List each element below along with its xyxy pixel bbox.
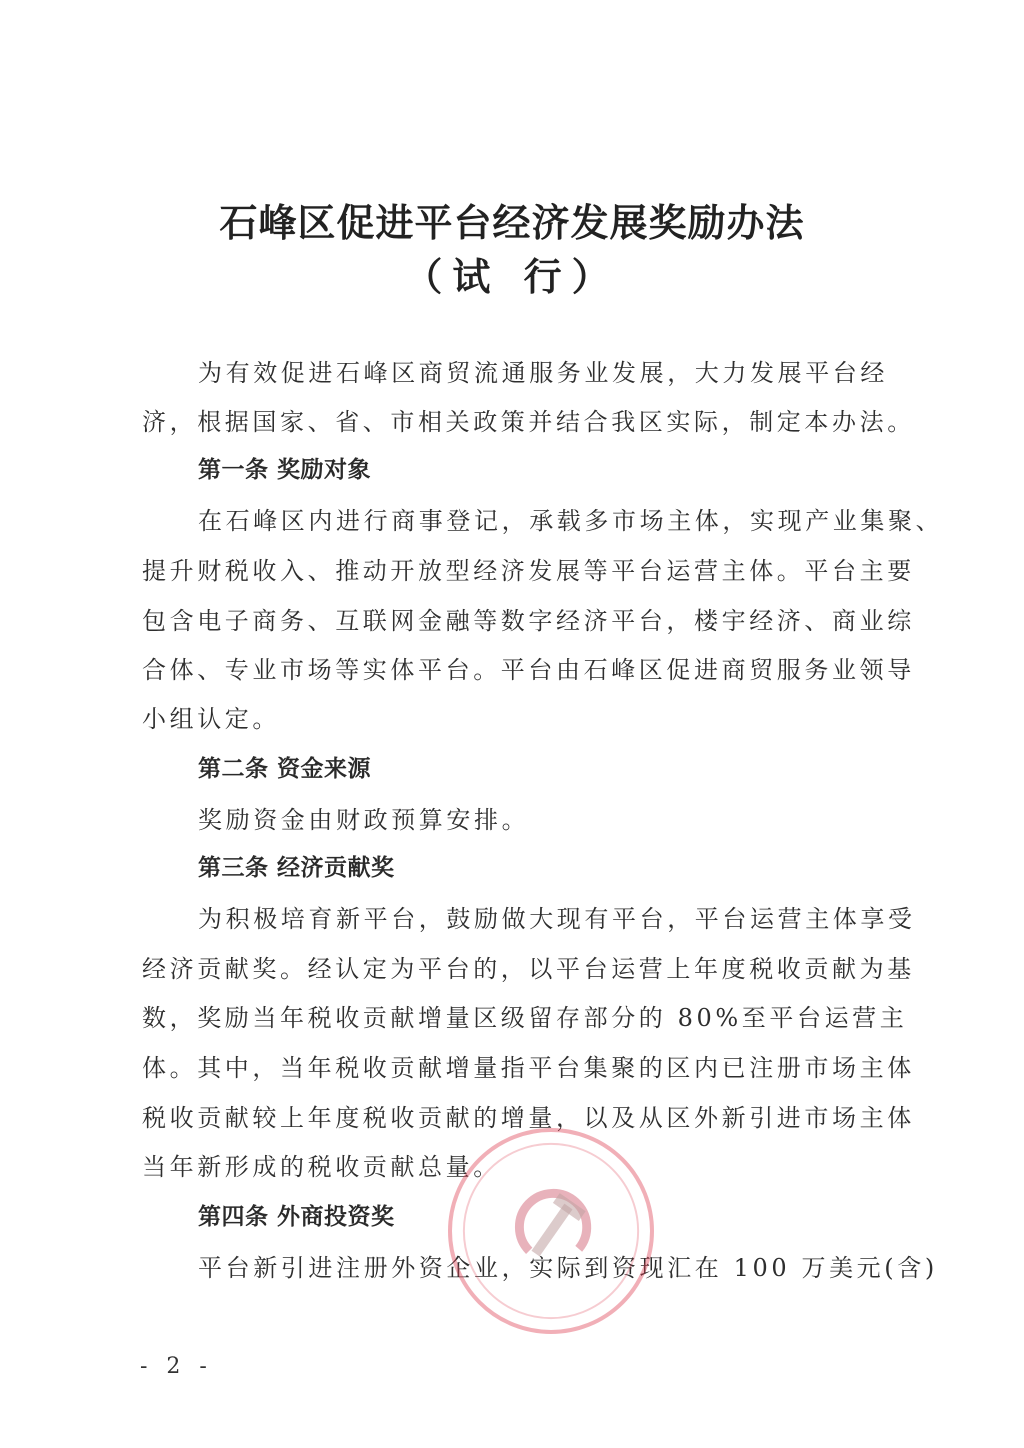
article-2-heading: 第二条 资金来源 bbox=[198, 754, 371, 784]
page-number: - 2 - bbox=[140, 1354, 213, 1379]
article-1-heading: 第一条 奖励对象 bbox=[198, 455, 371, 485]
article-1-line: 小组认定。 bbox=[142, 704, 902, 734]
article-3-line: 当年新形成的税收贡献总量。 bbox=[142, 1152, 902, 1182]
article-3-heading: 第三条 经济贡献奖 bbox=[198, 853, 395, 883]
article-3-line: 体。其中，当年税收贡献增量指平台集聚的区内已注册市场主体 bbox=[142, 1053, 902, 1083]
article-1-line: 在石峰区内进行商事登记，承载多市场主体，实现产业集聚、 bbox=[198, 506, 902, 536]
document-subtitle: （试 行） bbox=[0, 246, 1024, 301]
article-3-line: 数，奖励当年税收贡献增量区级留存部分的 80%至平台运营主 bbox=[142, 1003, 902, 1033]
article-3-line: 经济贡献奖。经认定为平台的，以平台运营上年度税收贡献为基 bbox=[142, 954, 902, 984]
article-4-heading: 第四条 外商投资奖 bbox=[198, 1202, 395, 1232]
document-title: 石峰区促进平台经济发展奖励办法 bbox=[0, 192, 1024, 247]
article-3-line: 税收贡献较上年度税收贡献的增量，以及从区外新引进市场主体 bbox=[142, 1103, 902, 1133]
article-1-line: 包含电子商务、互联网金融等数字经济平台，楼宇经济、商业综 bbox=[142, 606, 902, 636]
intro-line: 济，根据国家、省、市相关政策并结合我区实际，制定本办法。 bbox=[142, 407, 902, 437]
article-1-line: 合体、专业市场等实体平台。平台由石峰区促进商贸服务业领导 bbox=[142, 655, 902, 685]
article-4-line: 平台新引进注册外资企业，实际到资现汇在 100 万美元(含) bbox=[198, 1253, 902, 1283]
article-3-line: 为积极培育新平台，鼓励做大现有平台，平台运营主体享受 bbox=[198, 904, 902, 934]
document-page: 石峰区促进平台经济发展奖励办法 （试 行） 为有效促进石峰区商贸流通服务业发展，… bbox=[0, 0, 1024, 1448]
article-2-line: 奖励资金由财政预算安排。 bbox=[198, 805, 902, 835]
intro-line: 为有效促进石峰区商贸流通服务业发展，大力发展平台经 bbox=[198, 358, 902, 388]
article-1-line: 提升财税收入、推动开放型经济发展等平台运营主体。平台主要 bbox=[142, 556, 902, 586]
